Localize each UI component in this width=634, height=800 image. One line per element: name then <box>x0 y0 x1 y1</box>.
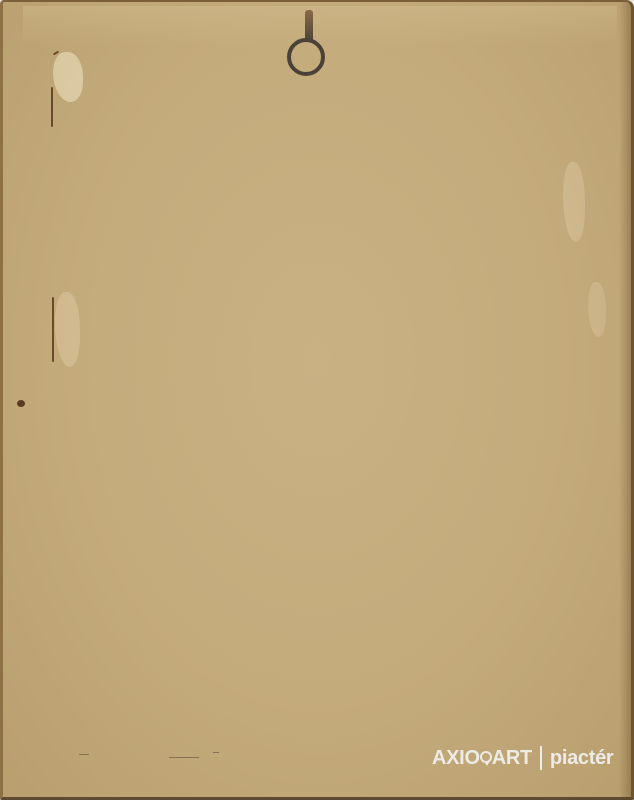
top-tape-strip <box>23 6 617 46</box>
torn-patch-top-left <box>53 52 83 102</box>
hanging-ring-icon <box>287 38 325 76</box>
right-edge-shadow <box>619 2 631 800</box>
stain-spot <box>17 400 25 407</box>
watermark-divider <box>540 746 542 770</box>
cardboard-backing <box>0 0 634 800</box>
pencil-mark <box>79 754 89 755</box>
watermark-brand-right: ART <box>492 747 532 769</box>
watermark-brand-left: AXIO <box>432 747 480 769</box>
torn-patch-right-lower <box>588 282 606 337</box>
axioart-watermark: AXIOART piactér <box>432 746 613 770</box>
pencil-mark <box>213 752 219 753</box>
torn-patch-right <box>563 162 585 242</box>
pencil-mark <box>169 757 199 758</box>
watermark-brand: AXIOART <box>432 747 532 770</box>
tear-mark <box>51 87 53 127</box>
watermark-suffix: piactér <box>550 747 614 770</box>
torn-patch-left <box>55 292 80 367</box>
location-pin-icon <box>480 751 492 765</box>
tear-mark <box>52 297 54 362</box>
